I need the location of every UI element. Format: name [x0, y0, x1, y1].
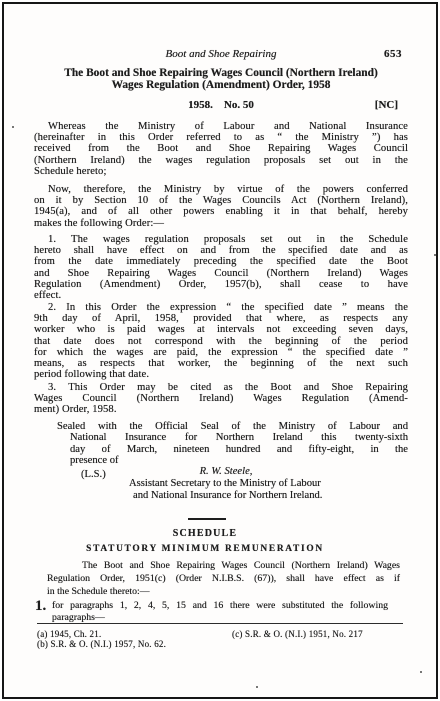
signature-block: (L.S.) R. W. Steele, Assistant Secretary… [34, 466, 408, 512]
scan-speck [12, 126, 14, 128]
schedule-intro: The Boot and Shoe Repairing Wages Counci… [47, 560, 400, 598]
schedule-item-number: 1. [35, 598, 46, 615]
order-title: The Boot and Shoe Repairing Wages Counci… [34, 68, 408, 91]
paragraph-whereas: Whereas the Ministry of Labour and Natio… [34, 121, 408, 177]
footnotes-right-column: (c) S.R. & O. (N.I.) 1951, No. 217 [232, 630, 363, 640]
paragraph-article-1: 1. The wages regulation proposals set ou… [34, 234, 408, 301]
schedule-item-text: for paragraphs 1, 2, 4, 5, 15 and 16 the… [52, 600, 388, 623]
page-number: 653 [384, 48, 402, 60]
footnote-b: (b) S.R. & O. (N.I.) 1957, No. 62. [37, 640, 166, 650]
signatory-role: Assistant Secretary to the Ministry of L… [129, 478, 322, 501]
scan-speck [434, 254, 436, 256]
order-title-line-2: Wages Regulation (Amendment) Order, 1958 [34, 80, 408, 92]
order-number-row: 1958. No. 50 [NC] [34, 99, 408, 111]
footnotes-left-column: (a) 1945, Ch. 21. (b) S.R. & O. (N.I.) 1… [37, 630, 166, 649]
schedule-heading: SCHEDULE [4, 528, 406, 539]
schedule-subheading: STATUTORY MINIMUM REMUNERATION [4, 544, 406, 554]
footnote-c: (c) S.R. & O. (N.I.) 1951, No. 217 [232, 630, 363, 640]
order-number: 1958. No. 50 [188, 99, 254, 111]
order-title-line-1: The Boot and Shoe Repairing Wages Counci… [34, 68, 408, 80]
scan-speck [420, 671, 422, 673]
document-page: Boot and Shoe Repairing 653 The Boot and… [2, 2, 438, 699]
scan-speck [256, 686, 258, 688]
paragraph-article-2: 2. In this Order the expression “ the sp… [34, 302, 408, 380]
footnote-rule [37, 623, 403, 624]
paragraph-article-3: 3. This Order may be cited as the Boot a… [34, 382, 408, 416]
sealing-clause: Sealed with the Official Seal of the Min… [57, 421, 408, 466]
running-head-row: Boot and Shoe Repairing 653 [34, 48, 408, 60]
paragraph-now-therefore: Now, therefore, the Ministry by virtue o… [34, 184, 408, 229]
signatory-role-line-1: Assistant Secretary to the Ministry of L… [129, 478, 322, 490]
corner-tag: [NC] [375, 99, 398, 111]
section-divider-rule [188, 518, 226, 520]
signatory-name: R. W. Steele, [124, 466, 328, 478]
signatory-role-line-2: and National Insurance for Northern Irel… [133, 490, 322, 502]
running-head: Boot and Shoe Repairing [166, 48, 277, 60]
seal-mark: (L.S.) [81, 469, 106, 481]
